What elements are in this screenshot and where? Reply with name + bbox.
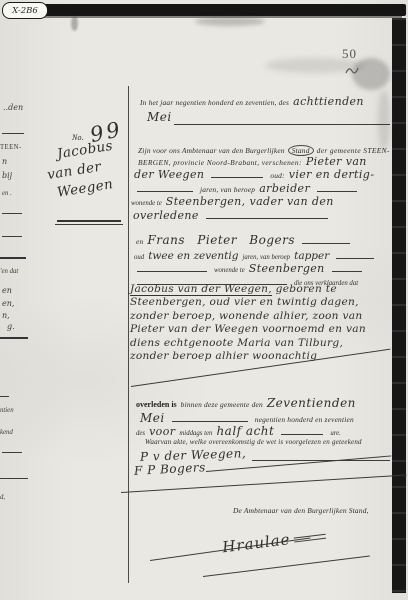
- declaration-text: geboren te: [272, 283, 337, 295]
- margin-fragment: g.: [7, 322, 15, 331]
- declaration-line: Jacobus van der Weegen, geboren te: [130, 283, 394, 296]
- margin-fragment: ..den: [3, 103, 23, 112]
- photocopy-right-band: [392, 18, 406, 593]
- died-printed: binnen deze gemeente den: [181, 400, 263, 409]
- declaration-line: zonder beroep alhier woonachtig: [130, 350, 394, 363]
- declaration-line: diens echtgenoote Maria van Tilburg,: [130, 337, 394, 350]
- margin-fragment: ntien: [0, 407, 14, 414]
- witness2-signature: F P Bogers: [134, 460, 206, 478]
- margin-fragment: en: [2, 286, 12, 295]
- margin-rule: [0, 337, 28, 339]
- column-divider-line: [128, 86, 129, 583]
- margin-fragment: en .: [2, 190, 12, 197]
- margin-fragment: en,: [2, 299, 14, 308]
- deceased-name: Jacobus van der Weegen,: [130, 283, 272, 296]
- margin-rule: [2, 452, 22, 453]
- blank-line: [174, 124, 390, 125]
- declarant1-relation-line: overledene: [133, 206, 331, 224]
- pen-squiggle-icon: [344, 64, 360, 76]
- death-day: Zeventienden: [267, 396, 356, 410]
- declarant1-relation: overledene: [133, 209, 199, 222]
- blank-line: [281, 432, 323, 435]
- margin-rule: [0, 478, 28, 479]
- signature-paraph: [294, 533, 326, 542]
- blank-line: [302, 241, 350, 244]
- margin-fragment: d,: [0, 494, 5, 501]
- archive-code-text: X-2B6: [12, 6, 38, 16]
- act-intro-month-line: Mei: [147, 108, 172, 126]
- margin-fragment: n: [2, 157, 7, 166]
- margin-fragment: bij: [2, 171, 12, 180]
- des-label: des: [136, 430, 145, 437]
- middags-label: middags ten: [179, 430, 212, 437]
- blank-line: [206, 216, 328, 219]
- margin-name-underline: [57, 220, 121, 222]
- margin-fragment: TEEN-: [0, 144, 22, 151]
- photocopy-pen-mark: [71, 16, 78, 31]
- declaration-line: zonder beroep, wonende alhier, zoon van: [130, 310, 394, 323]
- official-signature: Hraulae: [221, 526, 327, 557]
- margin-rule: [0, 396, 9, 397]
- intro-printed-text: In het jaar negentien honderd en zeventi…: [140, 98, 289, 107]
- declaration-line: Steenbergen, oud vier en twintig dagen,: [130, 296, 394, 309]
- ure-label: ure.: [330, 430, 341, 437]
- declarant2-name: Frans Pieter Bogers: [147, 233, 295, 247]
- death-report-day: achttienden: [293, 95, 364, 108]
- official-signature-text: Hraulae: [221, 530, 291, 556]
- act-intro-line: In het jaar negentien honderd en zeventi…: [140, 92, 364, 110]
- photocopy-smudge: [195, 17, 265, 26]
- strike-line: [121, 475, 407, 493]
- page-number-stamp: 50: [342, 46, 357, 62]
- margin-fragment: kend: [0, 429, 13, 436]
- margin-fragment: n,: [2, 311, 10, 320]
- death-time: half acht: [216, 424, 274, 438]
- blank-line: [211, 175, 263, 178]
- margin-rule: [2, 133, 24, 134]
- margin-rule: [2, 236, 22, 237]
- closing-statement: Waarvan akte, welke overeenkomstig de we…: [145, 438, 362, 446]
- archive-code-label: X-2B6: [2, 2, 48, 19]
- margin-fragment: 'en dat: [0, 268, 18, 275]
- margin-rule: [2, 213, 22, 214]
- death-report-month: Mei: [147, 110, 172, 124]
- death-certificate-scan: X-2B6 50 ..den TEEN- n bij en . 'en dat …: [0, 0, 408, 600]
- died-label: overleden is: [136, 400, 177, 409]
- official-title: De Ambtenaar van den Burgerlijken Stand,: [233, 506, 369, 515]
- margin-rule: [0, 257, 26, 259]
- official-signature-flourish: [203, 556, 370, 577]
- death-ampm: voor: [149, 425, 175, 438]
- declaration-line: Pieter van der Weegen voornoemd en van: [130, 323, 394, 336]
- margin-name-underline: [55, 224, 123, 225]
- deceased-margin-name: Jacobus van der Weegen: [40, 137, 120, 205]
- deceased-declaration-paragraph: Jacobus van der Weegen, geboren te Steen…: [130, 283, 394, 363]
- en-label: en: [136, 237, 143, 246]
